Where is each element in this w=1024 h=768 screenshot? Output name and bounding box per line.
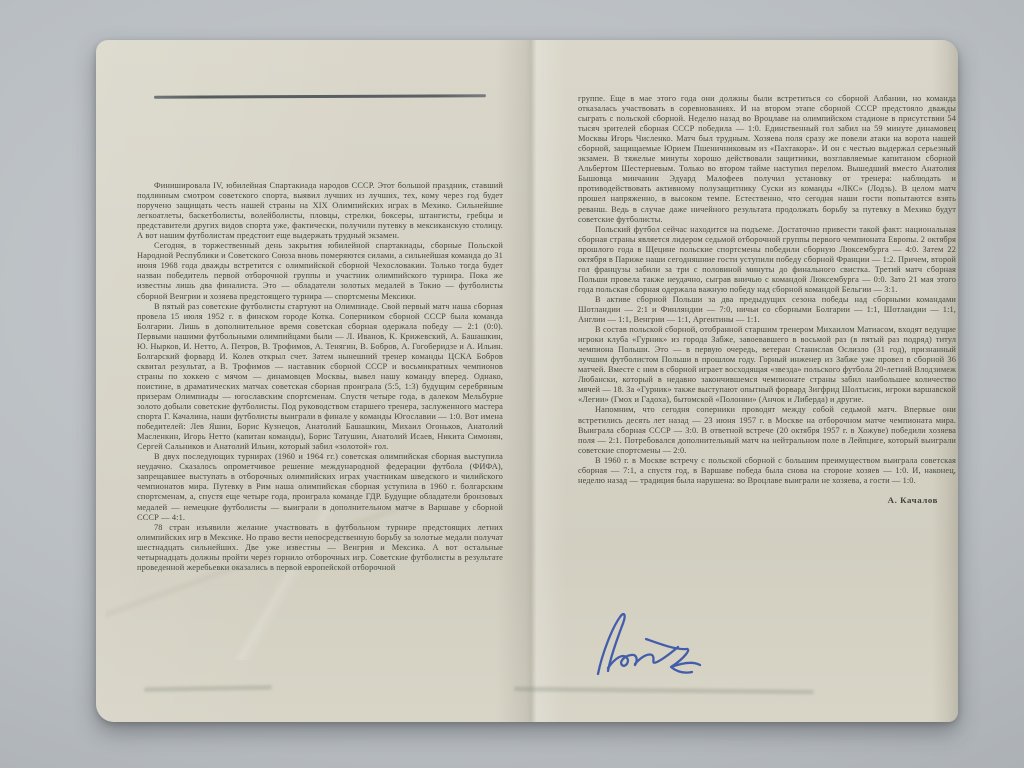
author-byline: А. Качалов [578,495,956,505]
paragraph: Финишировала IV, юбилейная Спартакиада н… [137,181,503,241]
paragraph: В активе сборной Польши за два предыдущи… [578,295,956,325]
paragraph: Сегодня, в торжественный день закрытия ю… [137,241,503,301]
handwritten-signature-ink [588,608,713,700]
right-page-text-column: группе. Еще в мае этого года они должны … [578,94,956,505]
left-page-text-column: Финишировала IV, юбилейная Спартакиада н… [137,181,503,573]
paragraph: В двух последующих турнирах (1960 и 1964… [137,452,503,522]
printed-rule-divider [154,94,486,98]
paragraph: Напомним, что сегодня соперники проводят… [578,405,956,455]
faint-stamp-smudge [514,686,814,694]
paragraph: В 1960 г. в Москве встречу с польской сб… [578,456,956,486]
booklet-center-fold [496,40,566,722]
open-booklet: Финишировала IV, юбилейная Спартакиада н… [96,40,958,722]
paragraph: В пятый раз советские футболисты стартую… [137,302,503,453]
paragraph: группе. Еще в мае этого года они должны … [578,94,956,225]
paragraph: Польский футбол сейчас находится на подъ… [578,225,956,295]
photo-backdrop: Финишировала IV, юбилейная Спартакиада н… [0,0,1024,768]
faint-stamp-smudge [144,685,272,692]
paragraph: В состав польской сборной, отобранной ст… [578,325,956,405]
paragraph: 78 стран изъявили желание участвовать в … [137,523,503,573]
